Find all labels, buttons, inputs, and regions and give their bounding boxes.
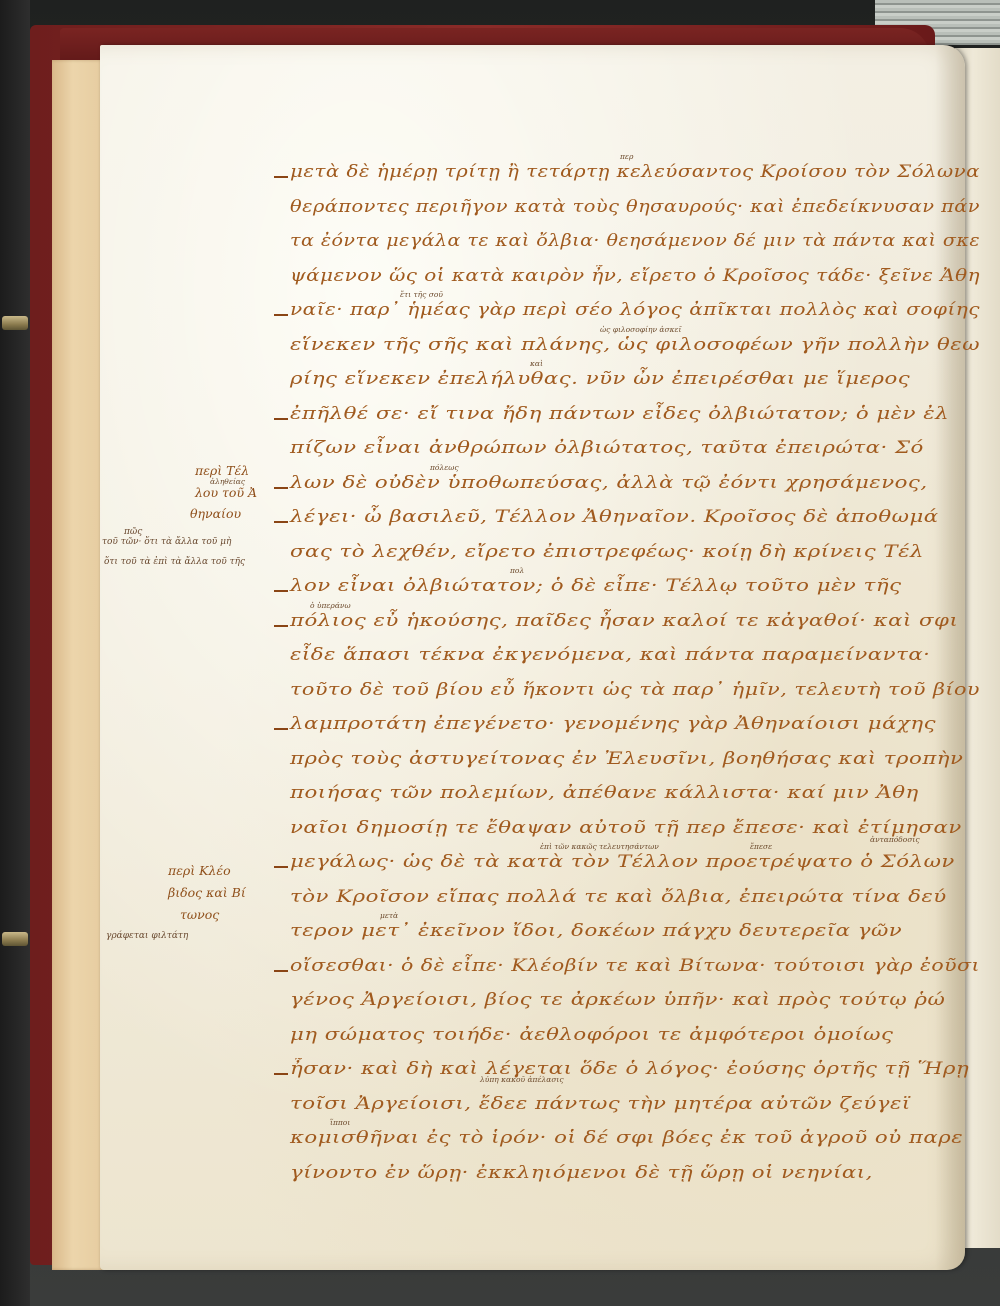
text-line-content: ναῖε· παρ᾽ ἡμέας γὰρ περὶ σέο λόγος ἀπῖκ… (290, 296, 980, 324)
right-margin-note: ἀνταπόδοσις (870, 835, 920, 844)
interlinear-gloss: ἵπποι (330, 1118, 350, 1127)
margin-annotation-2: γράφεται φιλτάτη (106, 931, 188, 941)
interlinear-gloss: πολ (510, 566, 524, 575)
text-line: ποιήσας τῶν πολεμίων, ἀπέθανε κάλλιστα· … (290, 779, 990, 814)
text-line: μετὰ δὲ ἡμέρῃ τρίτῃ ἢ τετάρτῃ κελεύσαντο… (290, 158, 990, 193)
text-line: σας τὸ λεχθέν, εἴρετο ἐπιστρεφέως· κοίῃ … (290, 538, 990, 573)
text-line: ἦσαν· καὶ δὴ καὶ λέγεται ὅδε ὁ λόγος· ἐο… (290, 1055, 990, 1090)
spine-strip (0, 0, 30, 1306)
text-line-content: ψάμενον ὥς οἱ κατὰ καιρὸν ἦν, εἴρετο ὁ Κ… (290, 262, 980, 290)
text-line-content: ρίης εἵνεκεν ἐπελήλυθας. νῦν ὦν ἐπειρέσθ… (290, 365, 910, 393)
text-line-content: τοῦτο δὲ τοῦ βίου εὖ ἥκοντι ὡς τὰ παρ᾽ ἡ… (290, 676, 980, 704)
interlinear-gloss: πόλεως (430, 463, 459, 472)
interlinear-gloss: ὡς φιλοσοφίην ἀσκεῖ (600, 325, 682, 334)
text-line: μεγάλως· ὡς δὲ τὰ κατὰ τὸν Τέλλον προετρ… (290, 848, 990, 883)
text-line: τερον μετ᾽ ἐκεῖνον ἴδοι, δοκέων πάγχυ δε… (290, 917, 990, 952)
text-line-content: ἦσαν· καὶ δὴ καὶ λέγεται ὅδε ὁ λόγος· ἐο… (290, 1055, 969, 1083)
text-line-content: οἴσεσθαι· ὁ δὲ εἶπε· Κλέοβίν τε καὶ Βίτω… (290, 952, 980, 980)
clasp-upper (2, 316, 28, 330)
text-line-content: ἐπῆλθέ σε· εἴ τινα ἤδη πάντων εἶδες ὀλβι… (290, 400, 949, 428)
text-line-content: μεγάλως· ὡς δὲ τὰ κατὰ τὸν Τέλλον προετρ… (290, 848, 955, 876)
text-line-content: μετὰ δὲ ἡμέρῃ τρίτῃ ἢ τετάρτῃ κελεύσαντο… (290, 158, 980, 186)
text-line: τοῦτο δὲ τοῦ βίου εὖ ἥκοντι ὡς τὰ παρ᾽ ἡ… (290, 676, 990, 711)
text-line: λων δὲ οὐδὲν ὑποθωπεύσας, ἀλλὰ τῷ ἐόντι … (290, 469, 990, 504)
interlinear-gloss: καὶ (530, 359, 543, 368)
text-line: λαμπροτάτη ἐπεγένετο· γενομένης γὰρ Ἀθην… (290, 710, 990, 745)
margin-rubric-kleobis-2: βιδος καὶ Βί (168, 885, 246, 900)
text-line: λον εἶναι ὀλβιώτατον; ὁ δὲ εἶπε· Τέλλῳ τ… (290, 572, 990, 607)
text-line: πίζων εἶναι ἀνθρώπων ὀλβιώτατος, ταῦτα ἐ… (290, 434, 990, 469)
text-line: πρὸς τοὺς ἀστυγείτονας ἐν Ἐλευσῖνι, βοηθ… (290, 745, 990, 780)
text-line: εἶδε ἅπασι τέκνα ἐκγενόμενα, καὶ πάντα π… (290, 641, 990, 676)
text-line: κομισθῆναι ἐς τὸ ἱρόν· οἱ δέ σφι βόες ἐκ… (290, 1124, 990, 1159)
text-line-content: θεράποντες περιῆγον κατὰ τοὺς θησαυρούς·… (290, 193, 980, 221)
text-line-content: πρὸς τοὺς ἀστυγείτονας ἐν Ἐλευσῖνι, βοηθ… (290, 745, 963, 773)
margin-rubric-tellos-3: θηναίου (190, 506, 241, 521)
text-line-content: τὸν Κροῖσον εἴπας πολλά τε καὶ ὄλβια, ἐπ… (290, 883, 947, 911)
text-line: γένος Ἀργείοισι, βίος τε ἀρκέων ὑπῆν· κα… (290, 986, 990, 1021)
text-line-content: εἵνεκεν τῆς σῆς καὶ πλάνης, ὡς φιλοσοφέω… (290, 331, 980, 359)
interlinear-gloss: μετὰ (380, 911, 398, 920)
interlinear-gloss: ὁ ὑπεράνω (310, 601, 351, 610)
text-line-content: πίζων εἶναι ἀνθρώπων ὀλβιώτατος, ταῦτα ἐ… (290, 434, 924, 462)
text-line: λέγει· ὦ βασιλεῦ, Τέλλον Ἀθηναῖον. Κροῖσ… (290, 503, 990, 538)
text-line-content: γίνοντο ἐν ὥρῃ· ἐκκληιόμενοι δὲ τῇ ὥρῃ ο… (290, 1159, 873, 1187)
interlinear-gloss: περ (620, 152, 633, 161)
inner-pastedown (52, 60, 104, 1270)
text-line: θεράποντες περιῆγον κατὰ τοὺς θησαυρούς·… (290, 193, 990, 228)
text-line: γίνοντο ἐν ὥρῃ· ἐκκληιόμενοι δὲ τῇ ὥρῃ ο… (290, 1159, 990, 1194)
text-line-content: λαμπροτάτη ἐπεγένετο· γενομένης γὰρ Ἀθην… (290, 710, 936, 738)
text-line: εἵνεκεν τῆς σῆς καὶ πλάνης, ὡς φιλοσοφέω… (290, 331, 990, 366)
text-line-content: κομισθῆναι ἐς τὸ ἱρόν· οἱ δέ σφι βόες ἐκ… (290, 1124, 963, 1152)
interlinear-gloss: ἔπεσε (750, 842, 772, 851)
text-line: μη σώματος τοιήδε· ἀεθλοφόροι τε ἀμφότερ… (290, 1021, 990, 1056)
margin-rubric-kleobis-1: περὶ Κλέο (168, 863, 231, 878)
manuscript-folio: μετὰ δὲ ἡμέρῃ τρίτῃ ἢ τετάρτῃ κελεύσαντο… (100, 45, 965, 1270)
text-line-content: πόλιος εὖ ἡκούσης, παῖδες ἦσαν καλοί τε … (290, 607, 958, 635)
text-line: ρίης εἵνεκεν ἐπελήλυθας. νῦν ὦν ἐπειρέσθ… (290, 365, 990, 400)
margin-annotation-1c: ὅτι τοῦ τὰ ἐπὶ τὰ ἄλλα τοῦ τῆς (104, 557, 245, 567)
margin-annotation-1b: τοῦ τῶν· ὅτι τὰ ἄλλα τοῦ μὴ (102, 537, 231, 547)
text-line-content: σας τὸ λεχθέν, εἴρετο ἐπιστρεφέως· κοίῃ … (290, 538, 924, 566)
margin-annotation-1a: πῶς (124, 527, 142, 537)
text-line: τα ἐόντα μεγάλα τε καὶ ὄλβια· θεησάμενον… (290, 227, 990, 262)
text-line-content: τα ἐόντα μεγάλα τε καὶ ὄλβια· θεησάμενον… (290, 227, 980, 255)
text-line-content: λον εἶναι ὀλβιώτατον; ὁ δὲ εἶπε· Τέλλῳ τ… (290, 572, 901, 600)
margin-rubric-tellos-2: λου τοῦ Ἀ (195, 485, 257, 500)
text-line: τοῖσι Ἀργείοισι, ἔδεε πάντως τὴν μητέρα … (290, 1090, 990, 1125)
text-line-content: λέγει· ὦ βασιλεῦ, Τέλλον Ἀθηναῖον. Κροῖσ… (290, 503, 939, 531)
text-line-content: εἶδε ἅπασι τέκνα ἐκγενόμενα, καὶ πάντα π… (290, 641, 930, 669)
text-line-content: γένος Ἀργείοισι, βίος τε ἀρκέων ὑπῆν· κα… (290, 986, 945, 1014)
text-line-content: μη σώματος τοιήδε· ἀεθλοφόροι τε ἀμφότερ… (290, 1021, 893, 1049)
interlinear-gloss: ἐπὶ τῶν κακῶς τελευτησάντων (540, 842, 659, 851)
text-line: οἴσεσθαι· ὁ δὲ εἶπε· Κλέοβίν τε καὶ Βίτω… (290, 952, 990, 987)
text-line: ἐπῆλθέ σε· εἴ τινα ἤδη πάντων εἶδες ὀλβι… (290, 400, 990, 435)
interlinear-gloss: ἔτι τῆς σοῦ (400, 290, 443, 299)
main-text-block: μετὰ δὲ ἡμέρῃ τρίτῃ ἢ τετάρτῃ κελεύσαντο… (290, 158, 990, 1193)
text-line-content: λων δὲ οὐδὲν ὑποθωπεύσας, ἀλλὰ τῷ ἐόντι … (290, 469, 928, 497)
text-line-content: ναῖοι δημοσίῃ τε ἔθαψαν αὐτοῦ τῇ περ ἔπε… (290, 814, 962, 842)
text-line-content: τοῖσι Ἀργείοισι, ἔδεε πάντως τὴν μητέρα … (290, 1090, 911, 1118)
margin-rubric-kleobis-3: τωνος (180, 907, 219, 922)
text-line-content: ποιήσας τῶν πολεμίων, ἀπέθανε κάλλιστα· … (290, 779, 919, 807)
text-line: πόλιος εὖ ἡκούσης, παῖδες ἦσαν καλοί τε … (290, 607, 990, 642)
bottom-note: λύπη κακοῦ ἀπέλασις (480, 1075, 564, 1084)
margin-rubric-tellos-1: περὶ Τέλ (195, 463, 249, 478)
clasp-lower (2, 932, 28, 946)
text-line: ψάμενον ὥς οἱ κατὰ καιρὸν ἦν, εἴρετο ὁ Κ… (290, 262, 990, 297)
text-line-content: τερον μετ᾽ ἐκεῖνον ἴδοι, δοκέων πάγχυ δε… (290, 917, 902, 945)
